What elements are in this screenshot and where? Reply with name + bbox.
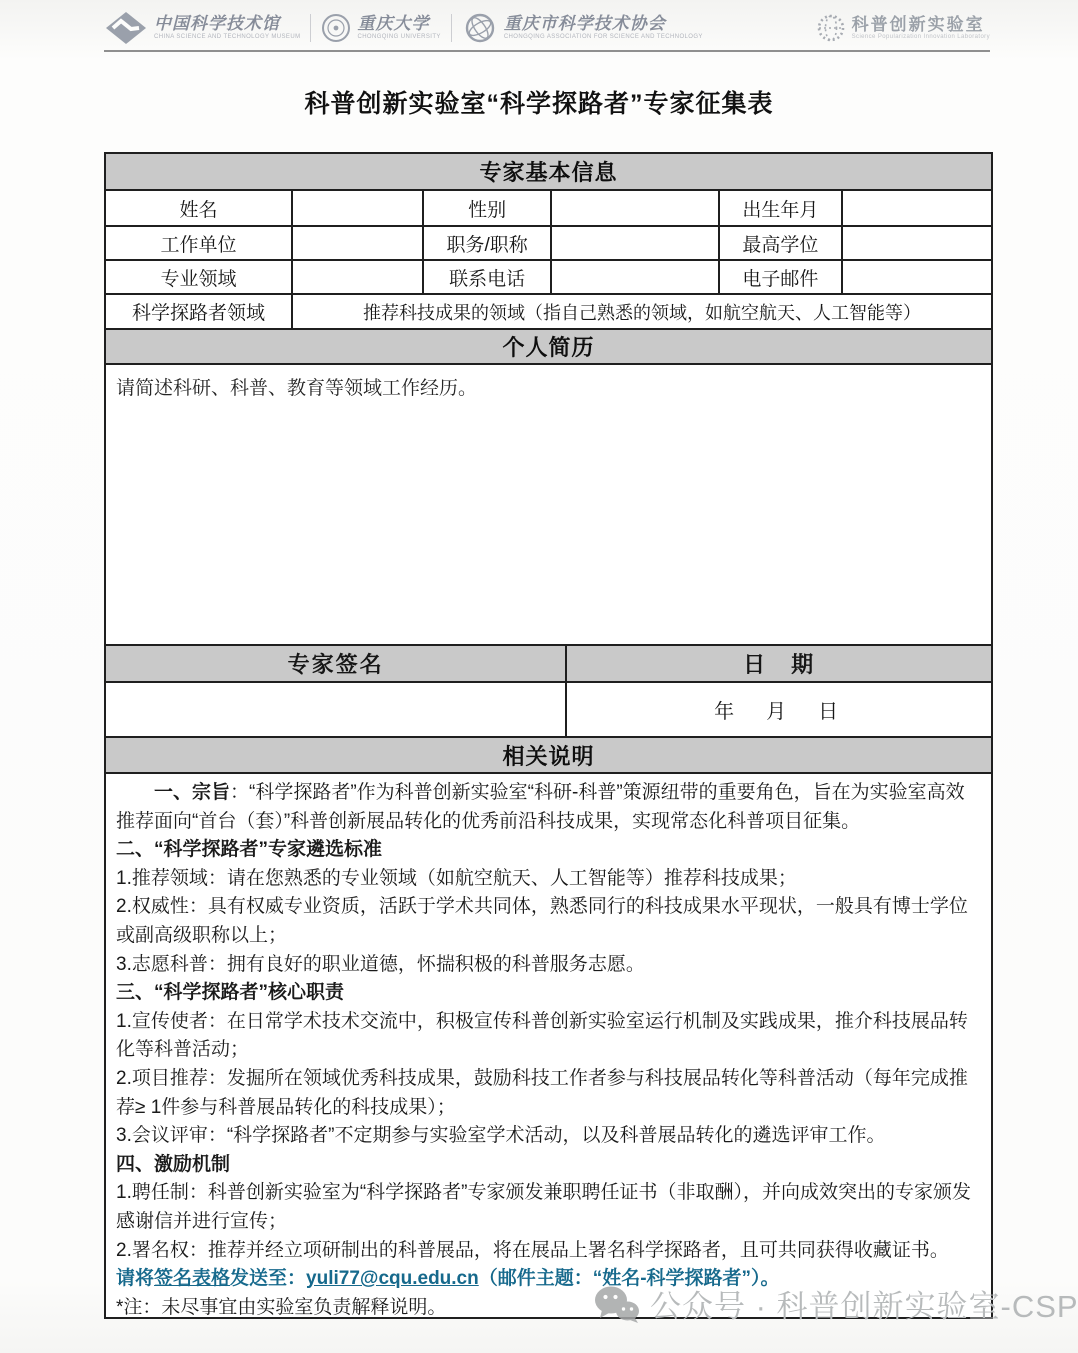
work-unit-label: 工作单位 (106, 227, 291, 259)
wechat-icon (594, 1285, 640, 1323)
watermark-text: 公众号 · 科普创新实验室-CSPIL (650, 1281, 1078, 1326)
diamond-s-logo-icon (104, 11, 148, 45)
logo-name: 中国科学技术馆 (154, 16, 300, 34)
phone-label: 联系电话 (422, 261, 550, 293)
name-label: 姓名 (106, 191, 291, 225)
logo-subtitle: CHINA SCIENCE AND TECHNOLOGY MUSEUM (154, 34, 300, 40)
header-logo-bar: 中国科学技术馆 CHINA SCIENCE AND TECHNOLOGY MUS… (104, 10, 990, 52)
resume-body: 请简述科研、科普、教育等领域工作经历。 (106, 363, 991, 644)
notes-heading-core-duties: 三、“科学探路者”核心职责 (116, 979, 983, 1008)
pathfinder-field-label: 科学探路者领域 (106, 295, 291, 328)
date-cell: 年 月 日 (565, 683, 991, 736)
signature-cell (106, 683, 565, 736)
notes-item-naming-right: 2.署名权：推荐并经立项研制出的科普展品，将在展品上署名科学探路者，且可共同获得… (116, 1237, 983, 1266)
notes-item-volunteer: 3.志愿科普：拥有良好的职业道德，怀揣积极的科普服务志愿。 (116, 951, 983, 980)
atom-orbit-logo-icon (462, 11, 498, 45)
gender-label: 性别 (422, 191, 550, 225)
email-line-text: 请将 (116, 1268, 154, 1289)
highest-degree-value-cell (841, 227, 992, 259)
signature-header-row: 专家签名 日 期 (106, 644, 991, 681)
section-header-notes: 相关说明 (106, 736, 991, 772)
position-title-value-cell (550, 227, 718, 259)
notes-item-ambassador: 1.宣传使者：在日常学术技术交流中，积极宣传科普创新实验室运行机制及实践成果，推… (116, 1008, 983, 1065)
wechat-watermark: 公众号 · 科普创新实验室-CSPIL (594, 1281, 1078, 1326)
notes-purpose-heading: 一、宗旨 (154, 782, 230, 803)
university-seal-logo-icon (321, 13, 351, 43)
submission-email-address: yuli77@cqu.edu.cn (306, 1268, 479, 1289)
logo-subtitle: CHONGQING ASSOCIATION FOR SCIENCE AND TE… (504, 34, 703, 40)
logo-divider (451, 14, 452, 42)
notes-item-authority: 2.权威性：具有权威专业资质，活跃于学术共同体，熟悉同行的科技成果水平现状，一般… (116, 893, 983, 950)
highest-degree-label: 最高学位 (718, 227, 840, 259)
notes-heading-selection-criteria: 二、“科学探路者”专家遴选标准 (116, 836, 983, 865)
pathfinder-field-hint: 推荐科技成果的领域（指自己熟悉的领域，如航空航天、人工智能等） (291, 295, 991, 328)
work-unit-value-cell (291, 227, 422, 259)
logo-china-science-museum: 中国科学技术馆 CHINA SCIENCE AND TECHNOLOGY MUS… (104, 11, 300, 45)
dotted-globe-logo-icon (816, 13, 846, 43)
table-row-basic-1: 姓名 性别 出生年月 (106, 189, 991, 225)
scanned-form-page: 中国科学技术馆 CHINA SCIENCE AND TECHNOLOGY MUS… (0, 0, 1078, 1353)
position-title-label: 职务/职称 (422, 227, 550, 259)
field-of-expertise-value-cell (291, 261, 422, 293)
logo-name: 重庆市科学技术协会 (504, 16, 703, 34)
form-title: 科普创新实验室“科学探路者”专家征集表 (0, 84, 1078, 120)
notes-item-appointment: 1.聘任制：科普创新实验室为“科学探路者”专家颁发兼职聘任证书（非取酬），并向成… (116, 1179, 983, 1236)
logo-chongqing-science-association: 重庆市科学技术协会 CHONGQING ASSOCIATION FOR SCIE… (462, 11, 703, 45)
logo-name: 重庆大学 (357, 16, 440, 34)
email-label: 电子邮件 (718, 261, 840, 293)
table-row-pathfinder-field: 科学探路者领域 推荐科技成果的领域（指自己熟悉的领域，如航空航天、人工智能等） (106, 293, 991, 328)
date-label: 日 期 (565, 646, 991, 681)
notes-body: 一、宗旨：“科学探路者”作为科普创新实验室“科研-科普”策源纽带的重要角色，旨在… (106, 772, 991, 1317)
table-row-basic-2: 工作单位 职务/职称 最高学位 (106, 225, 991, 259)
gender-value-cell (550, 191, 718, 225)
field-of-expertise-label: 专业领域 (106, 261, 291, 293)
expert-signature-label: 专家签名 (106, 646, 565, 681)
logo-chongqing-university: 重庆大学 CHONGQING UNIVERSITY (321, 13, 440, 43)
phone-value-cell (550, 261, 718, 293)
email-line-underlined: 签名表格 (154, 1268, 230, 1289)
logo-name: 科普创新实验室 (852, 16, 990, 34)
expert-form-table: 专家基本信息 姓名 性别 出生年月 工作单位 职务/职称 最高学位 专业领域 联… (104, 152, 993, 1319)
section-header-basic-info: 专家基本信息 (106, 154, 991, 189)
notes-purpose-paragraph: 一、宗旨：“科学探路者”作为科普创新实验室“科研-科普”策源纽带的重要角色，旨在… (116, 779, 983, 836)
email-value-cell (841, 261, 992, 293)
notes-item-recommend-field: 1.推荐领域：请在您熟悉的专业领域（如航空航天、人工智能等）推荐科技成果； (116, 865, 983, 894)
logo-subtitle: CHONGQING UNIVERSITY (357, 34, 440, 40)
section-header-resume: 个人简历 (106, 328, 991, 363)
signature-body-row: 年 月 日 (106, 681, 991, 736)
notes-item-review: 3.会议评审：“科学探路者”不定期参与实验室学术活动，以及科普展品转化的遴选评审… (116, 1122, 983, 1151)
birthdate-value-cell (841, 191, 992, 225)
logo-subtitle: Science Popularization Innovation Labora… (852, 34, 990, 40)
logo-science-popularization-lab: 科普创新实验室 Science Popularization Innovatio… (816, 13, 990, 43)
notes-purpose-text: ：“科学探路者”作为科普创新实验室“科研-科普”策源纽带的重要角色，旨在为实验室… (116, 782, 965, 832)
notes-heading-incentives: 四、激励机制 (116, 1151, 983, 1180)
notes-item-project-recommend: 2.项目推荐：发掘所在领域优秀科技成果，鼓励科技工作者参与科技展品转化等科普活动… (116, 1065, 983, 1122)
birthdate-label: 出生年月 (718, 191, 840, 225)
email-line-text: 发送至： (230, 1268, 306, 1289)
name-value-cell (291, 191, 422, 225)
left-logo-group: 中国科学技术馆 CHINA SCIENCE AND TECHNOLOGY MUS… (104, 11, 703, 45)
table-row-basic-3: 专业领域 联系电话 电子邮件 (106, 259, 991, 293)
logo-divider (310, 14, 311, 42)
